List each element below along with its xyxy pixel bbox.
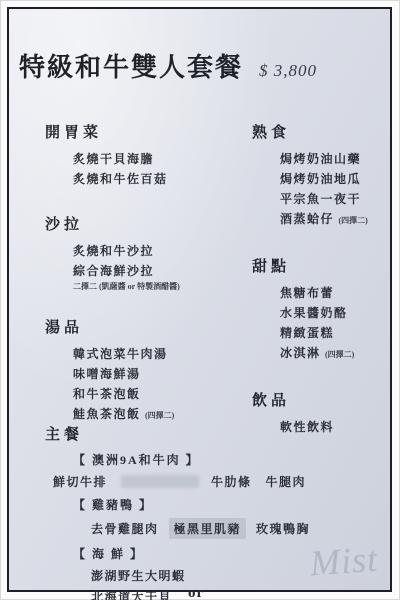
menu-item: 鮮切牛排 [53, 473, 107, 490]
menu-item: 平宗魚一夜干 [280, 189, 397, 209]
menu-item-label: 酒蒸蛤仔 [280, 212, 334, 226]
menu-item: 牛腿肉 [266, 473, 307, 490]
right-column: 熟食 焗烤奶油山藥 焗烤奶油地瓜 平宗魚一夜干 酒蒸蛤仔 (四擇二) 甜點 焦糖… [252, 121, 397, 461]
menu-item: 炙燒干貝海膽 [73, 149, 240, 169]
menu-item: 和牛茶泡飯 [73, 384, 240, 404]
section-appetizer: 開胃菜 炙燒干貝海膽 炙燒和牛佐百菇 [45, 121, 240, 189]
menu-item: 韓式泡菜牛肉湯 [73, 344, 240, 364]
menu-item: 北海道大干貝 [91, 588, 172, 600]
cooked-choice-note: (四擇二) [339, 216, 368, 225]
section-title-drinks: 飲品 [252, 389, 397, 410]
menu-item: 焦糖布蕾 [280, 283, 397, 303]
main-beef-line: 鮮切牛排 牛肋條 牛腿肉 [45, 473, 375, 490]
menu-item: 牛肋條 [211, 473, 252, 490]
menu-item-label: 冰淇淋 [280, 346, 321, 360]
menu-item: 冰淇淋 (四擇二) [280, 343, 397, 365]
salad-choice-note: 二擇二 (凱薩醬 or 特製酒醋醬) [73, 281, 240, 292]
main-seafood-line-2: 北海道大干貝 or [91, 588, 375, 600]
left-column: 開胃菜 炙燒干貝海膽 炙燒和牛佐百菇 沙拉 炙燒和牛沙拉 綜合海鮮沙拉 二擇二 … [45, 121, 240, 450]
section-title-salad: 沙拉 [45, 213, 240, 234]
main-poultry-header: 【 雞豬鴨 】 [73, 496, 375, 513]
section-title-soup: 湯品 [45, 316, 240, 337]
section-salad: 沙拉 炙燒和牛沙拉 綜合海鮮沙拉 二擇二 (凱薩醬 or 特製酒醋醬) [45, 213, 240, 292]
menu-item: 精緻蛋糕 [280, 323, 397, 343]
mist-watermark: Mist [309, 538, 380, 585]
section-title-cooked: 熟食 [252, 121, 397, 142]
menu-item: 酒蒸蛤仔 (四擇二) [280, 209, 397, 231]
soup-choice-note: (四擇二) [145, 411, 174, 420]
section-dessert: 甜點 焦糖布蕾 水果醬奶酪 精緻蛋糕 冰淇淋 (四擇二) [252, 255, 397, 365]
menu-item: 水果醬奶酪 [280, 303, 397, 323]
menu-item: 去骨雞腿肉 [91, 520, 159, 537]
menu-item: 焗烤奶油地瓜 [280, 169, 397, 189]
main-beef-header: 【 澳洲9A和牛肉 】 [73, 451, 375, 468]
dessert-choice-note: (四擇二) [325, 350, 354, 359]
redacted-blur-patch [121, 475, 199, 488]
menu-item: 綜合海鮮沙拉 [73, 261, 240, 281]
menu-item-label: 鮭魚茶泡飯 [73, 407, 141, 421]
menu-item: 炙燒和牛佐百菇 [73, 169, 240, 189]
menu-item: 炙燒和牛沙拉 [73, 241, 240, 261]
or-label: or [188, 585, 204, 600]
menu-price: $ 3,800 [259, 61, 317, 80]
menu-title: 特級和牛雙人套餐 [19, 53, 243, 82]
menu-photo-frame: 特級和牛雙人套餐$ 3,800 開胃菜 炙燒干貝海膽 炙燒和牛佐百菇 沙拉 炙燒… [7, 7, 392, 592]
section-title-appetizer: 開胃菜 [45, 121, 240, 142]
menu-item: 玫瑰鴨胸 [256, 520, 310, 537]
menu-item: 味噌海鮮湯 [73, 364, 240, 384]
section-title-main: 主餐 [45, 423, 375, 444]
section-title-dessert: 甜點 [252, 255, 397, 276]
menu-header: 特級和牛雙人套餐$ 3,800 [19, 47, 317, 84]
main-poultry-line: 去骨雞腿肉 極黑里肌豬 玫瑰鴨胸 [91, 518, 375, 539]
menu-item: 澎湖野生大明蝦 [91, 567, 186, 584]
section-soup: 湯品 韓式泡菜牛肉湯 味噌海鮮湯 和牛茶泡飯 鮭魚茶泡飯 (四擇二) [45, 316, 240, 426]
section-cooked: 熟食 焗烤奶油山藥 焗烤奶油地瓜 平宗魚一夜干 酒蒸蛤仔 (四擇二) [252, 121, 397, 231]
menu-item: 焗烤奶油山藥 [280, 149, 397, 169]
menu-item-highlighted: 極黑里肌豬 [169, 518, 247, 539]
